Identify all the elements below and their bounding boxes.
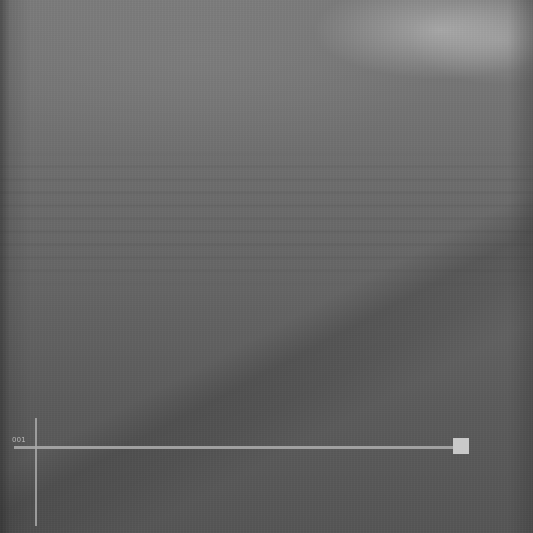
measurement-label: 001 [12,437,26,444]
square-marker-icon[interactable] [453,438,469,454]
vertical-tick-line [35,418,37,526]
measurement-line[interactable] [14,446,460,449]
image-frame: 001 [0,0,533,533]
